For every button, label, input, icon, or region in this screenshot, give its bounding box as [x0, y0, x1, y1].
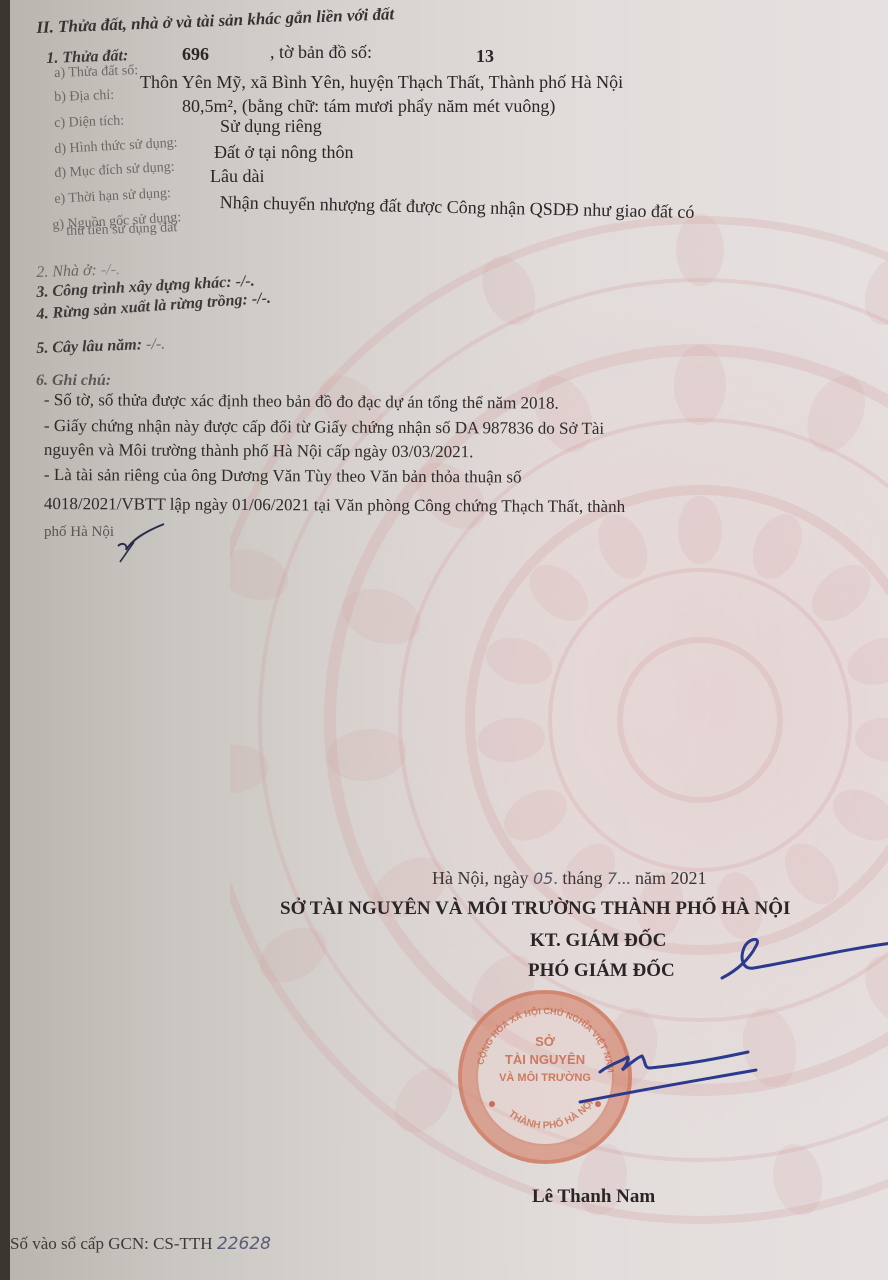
- registry-number: 22628: [217, 1234, 271, 1254]
- registry-label: Số vào sổ cấp GCN: CS-TTH: [10, 1234, 213, 1253]
- note-line-2: - Giấy chứng nhận này được cấp đổi từ Gi…: [44, 416, 604, 439]
- origin-value-line2: thu tiền sử dụng đất: [66, 220, 178, 240]
- use-form-value: Sử dụng riêng: [220, 116, 322, 137]
- purpose-label: đ) Mục đích sử dụng:: [54, 160, 175, 182]
- area-label: c) Diện tích:: [54, 114, 125, 132]
- parcel-number: 696: [182, 44, 209, 65]
- origin-value-line1: Nhận chuyển nhượng đất được Công nhận QS…: [220, 192, 695, 223]
- use-form-label: d) Hình thức sử dụng:: [54, 136, 178, 158]
- map-sheet-number: 13: [476, 46, 494, 67]
- item-other-construction-value: -/-.: [235, 273, 255, 291]
- address-label: b) Địa chỉ:: [54, 88, 114, 106]
- item-house-value: -/-.: [101, 261, 121, 279]
- map-sheet-label: , tờ bản đồ số:: [270, 42, 372, 63]
- item-production-forest-value: -/-.: [251, 290, 271, 308]
- term-value: Lâu dài: [210, 166, 264, 187]
- date-month-label: tháng: [562, 868, 602, 888]
- area-value: 80,5m², (bằng chữ: tám mươi phẩy năm mét…: [182, 96, 555, 117]
- notes-heading: 6. Ghi chú:: [36, 372, 111, 390]
- signer-name: Lê Thanh Nam: [532, 1186, 655, 1208]
- note-line-1: - Số tờ, số thửa được xác định theo bản …: [44, 390, 559, 414]
- address-value: Thôn Yên Mỹ, xã Bình Yên, huyện Thạch Th…: [140, 72, 623, 93]
- signer-role-1: KT. GIÁM ĐỐC: [530, 930, 666, 952]
- term-label: e) Thời hạn sử dụng:: [54, 186, 171, 208]
- note-line-4: - Là tài sản riêng của ông Dương Văn Tùy…: [44, 465, 522, 488]
- note-line-5: 4018/2021/VBTT lập ngày 01/06/2021 tại V…: [44, 494, 625, 517]
- item-house-label: 2. Nhà ở:: [36, 262, 97, 281]
- initial-signature: [710, 930, 888, 1000]
- date-month: 7: [607, 869, 617, 888]
- section-title: II. Thửa đất, nhà ở và tài sản khác gắn …: [36, 4, 395, 38]
- note-line-3: nguyên và Môi trường thành phố Hà Nội cấ…: [44, 440, 474, 462]
- note-checkmark: [110, 520, 180, 570]
- issuing-authority: SỞ TÀI NGUYÊN VÀ MÔI TRƯỜNG THÀNH PHỐ HÀ…: [280, 898, 790, 920]
- date-year: năm 2021: [635, 868, 707, 888]
- item-perennial-trees-label: 5. Cây lâu năm:: [36, 336, 142, 357]
- date-day: 05: [533, 869, 553, 888]
- signer-role-2: PHÓ GIÁM ĐỐC: [528, 960, 675, 982]
- registry-line: Số vào sổ cấp GCN: CS-TTH 22628: [10, 1234, 271, 1254]
- note-line-6: phố Hà Nội: [44, 524, 114, 541]
- main-signature: [570, 1040, 780, 1110]
- purpose-value: Đất ở tại nông thôn: [214, 142, 354, 163]
- certificate-page: II. Thửa đất, nhà ở và tài sản khác gắn …: [10, 0, 888, 1280]
- date-prefix: Hà Nội, ngày: [432, 868, 528, 888]
- item-house: 2. Nhà ở: -/-.: [36, 261, 120, 282]
- parcel-no-label: a) Thửa đất số:: [54, 63, 138, 82]
- item-perennial-trees: 5. Cây lâu năm: -/-.: [36, 336, 165, 358]
- item-perennial-trees-value: -/-.: [146, 336, 166, 354]
- issue-date: Hà Nội, ngày 05. tháng 7... năm 2021: [432, 868, 707, 889]
